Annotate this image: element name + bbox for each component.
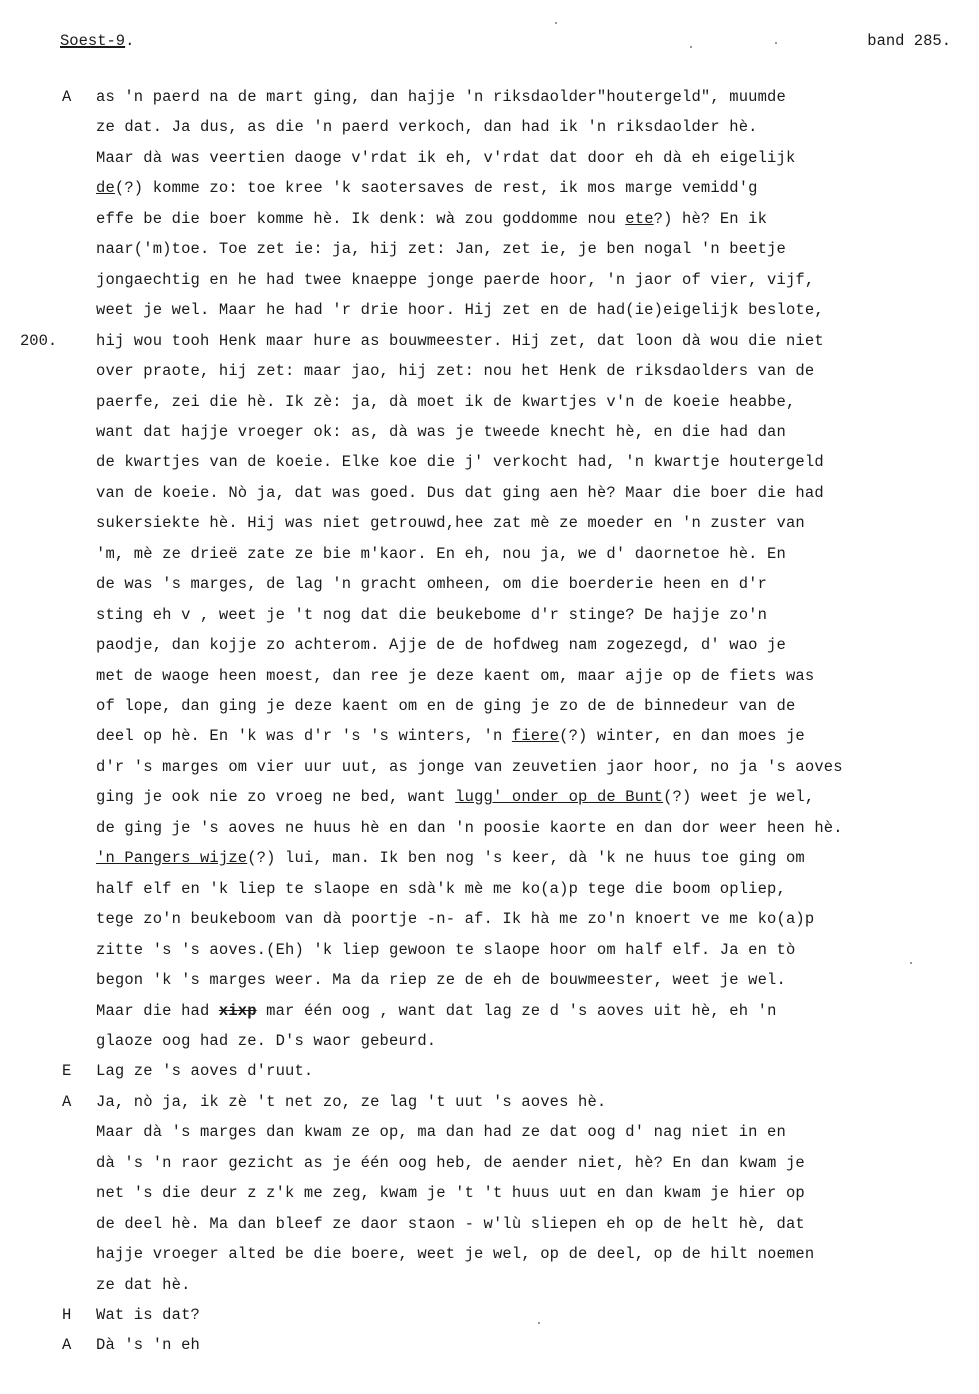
transcript-line: begon 'k 's marges weer. Ma da riep ze d…: [96, 971, 786, 989]
paper-speck: [910, 962, 912, 964]
transcript-line: net 's die deur z z'k me zeg, kwam je 't…: [96, 1184, 805, 1202]
transcript-line: van de koeie. Nò ja, dat was goed. Dus d…: [96, 484, 824, 502]
transcript-line: Maar dà was veertien daoge v'rdat ik eh,…: [96, 149, 795, 167]
speaker-label: A: [62, 1093, 71, 1111]
transcript-line: dà 's 'n raor gezicht as je één oog heb,…: [96, 1154, 805, 1172]
line-text: ?) hè? En ik: [654, 210, 767, 228]
uncertain-word: 'n Pangers wijze: [96, 849, 247, 867]
uncertain-word: fiere: [512, 727, 559, 745]
line-text: mar één oog , want dat lag ze d 's aoves…: [257, 1002, 777, 1020]
line-text: (?) winter, en dan moes je: [559, 727, 805, 745]
speaker-label: E: [62, 1062, 71, 1080]
transcript-line: sukersiekte hè. Hij was niet getrouwd,he…: [96, 514, 805, 532]
transcript-line: tege zo'n beukeboom van dà poortje -n- a…: [96, 910, 814, 928]
struck-out-word: xixp: [219, 1002, 257, 1020]
speaker-label: H: [62, 1306, 71, 1324]
line-text: (?) weet je wel,: [663, 788, 814, 806]
line-text: (?) lui, man. Ik ben nog 's keer, dà 'k …: [247, 849, 805, 867]
transcript-line: de(?) komme zo: toe kree 'k saotersaves …: [96, 179, 758, 197]
transcript-line: de kwartjes van de koeie. Elke koe die j…: [96, 453, 824, 471]
transcript-line: Lag ze 's aoves d'ruut.: [96, 1062, 313, 1080]
transcript-line: ze dat. Ja dus, as die 'n paerd verkoch,…: [96, 118, 758, 136]
paper-speck: [538, 1322, 540, 1324]
page-header-location: Soest-9.: [60, 32, 134, 50]
transcript-line: want dat hajje vroeger ok: as, dà was je…: [96, 423, 786, 441]
line-text: (?) komme zo: toe kree 'k saotersaves de…: [115, 179, 758, 197]
transcript-line: 'n Pangers wijze(?) lui, man. Ik ben nog…: [96, 849, 805, 867]
transcript-line: glaoze oog had ze. D's waor gebeurd.: [96, 1032, 436, 1050]
transcript-line: deel op hè. En 'k was d'r 's 's winters,…: [96, 727, 805, 745]
transcript-line: de was 's marges, de lag 'n gracht omhee…: [96, 575, 767, 593]
transcript-line: half elf en 'k liep te slaope en sdà'k m…: [96, 880, 786, 898]
uncertain-word: de: [96, 179, 115, 197]
line-text: deel op hè. En 'k was d'r 's 's winters,…: [96, 727, 512, 745]
transcript-line: effe be die boer komme hè. Ik denk: wà z…: [96, 210, 767, 228]
paper-speck: [555, 22, 557, 24]
transcript-line: ze dat hè.: [96, 1276, 191, 1294]
page-header-tape-number: band 285.: [867, 32, 951, 50]
speaker-label: A: [62, 88, 71, 106]
line-text: ging je ook nie zo vroeg ne bed, want: [96, 788, 455, 806]
transcript-line: hij wou tooh Henk maar hure as bouwmeest…: [96, 332, 824, 350]
transcript-line: paodje, dan kojje zo achterom. Ajje de d…: [96, 636, 786, 654]
transcript-line: Wat is dat?: [96, 1306, 200, 1324]
transcript-line: Ja, nò ja, ik zè 't net zo, ze lag 't uu…: [96, 1093, 606, 1111]
uncertain-word: ete: [625, 210, 653, 228]
location-label: Soest-9: [60, 32, 125, 50]
transcript-line: ging je ook nie zo vroeg ne bed, want lu…: [96, 788, 814, 806]
transcript-line: Dà 's 'n eh: [96, 1336, 200, 1354]
transcript-line: 'm, mè ze drieë zate ze bie m'kaor. En e…: [96, 545, 786, 563]
uncertain-word: lugg' onder op de Bunt: [455, 788, 663, 806]
transcript-line: de deel hè. Ma dan bleef ze daor staon -…: [96, 1215, 805, 1233]
transcript-line: of lope, dan ging je deze kaent om en de…: [96, 697, 795, 715]
transcript-line: Maar dà 's marges dan kwam ze op, ma dan…: [96, 1123, 786, 1141]
location-suffix: .: [125, 32, 134, 50]
typewritten-transcript-page: Soest-9. band 285. Aas 'n paerd na de ma…: [0, 0, 979, 1394]
line-text: Maar die had: [96, 1002, 219, 1020]
transcript-line: paerfe, zei die hè. Ik zè: ja, dà moet i…: [96, 393, 795, 411]
transcript-line: as 'n paerd na de mart ging, dan hajje '…: [96, 88, 786, 106]
line-number-marker: 200.: [20, 332, 57, 350]
transcript-line: d'r 's marges om vier uur uut, as jonge …: [96, 758, 843, 776]
speaker-label: A: [62, 1336, 71, 1354]
transcript-line: met de waoge heen moest, dan ree je deze…: [96, 667, 814, 685]
transcript-line: zitte 's 's aoves.(Eh) 'k liep gewoon te…: [96, 941, 795, 959]
paper-speck: [690, 46, 692, 48]
transcript-line: naar('m)toe. Toe zet ie: ja, hij zet: Ja…: [96, 240, 786, 258]
paper-speck: [775, 42, 777, 44]
transcript-line: sting eh v , weet je 't nog dat die beuk…: [96, 606, 767, 624]
transcript-line: jongaechtig en he had twee knaeppe jonge…: [96, 271, 814, 289]
transcript-line: weet je wel. Maar he had 'r drie hoor. H…: [96, 301, 824, 319]
line-text: effe be die boer komme hè. Ik denk: wà z…: [96, 210, 625, 228]
transcript-line: Maar die had xixp mar één oog , want dat…: [96, 1002, 777, 1020]
transcript-line: hajje vroeger alted be die boere, weet j…: [96, 1245, 814, 1263]
transcript-line: de ging je 's aoves ne huus hè en dan 'n…: [96, 819, 843, 837]
transcript-line: over praote, hij zet: maar jao, hij zet:…: [96, 362, 814, 380]
